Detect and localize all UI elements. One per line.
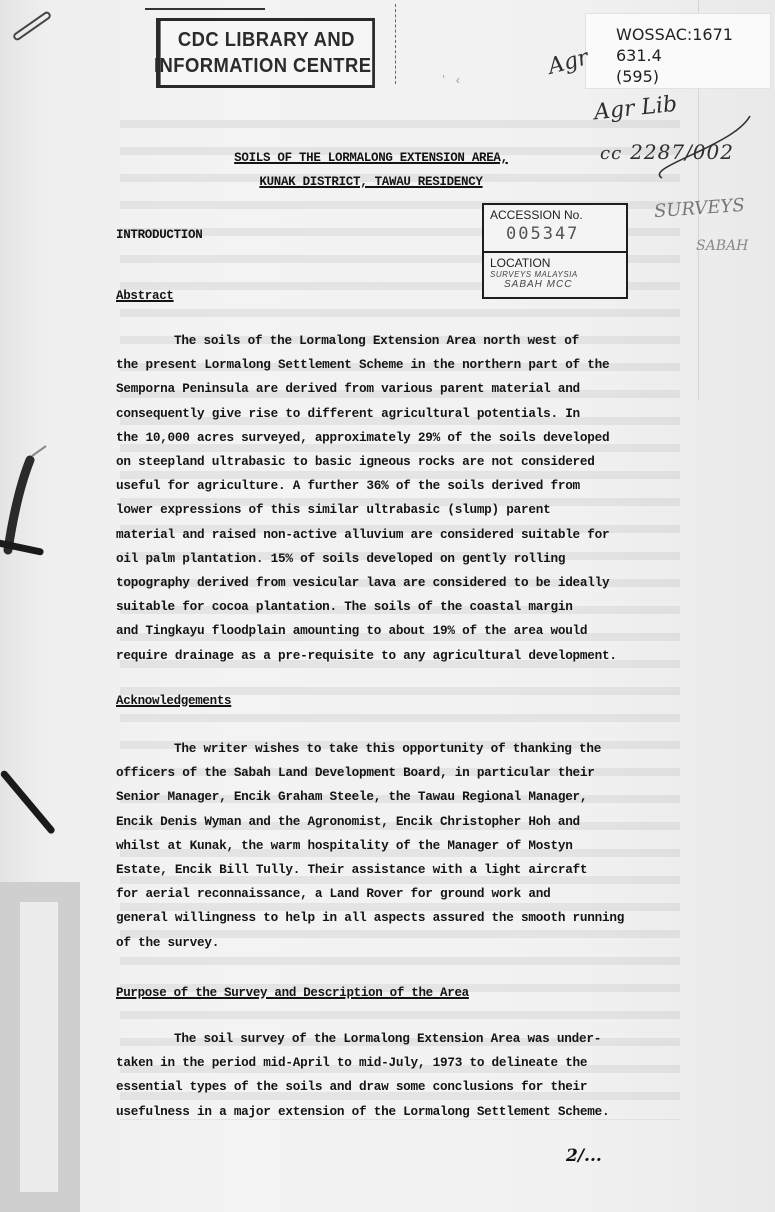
catalogue-class: 631.4: [616, 45, 770, 66]
section-heading-acknowledgements: Acknowledgements: [116, 694, 231, 708]
location-line-1: SURVEYS MALAYSIA: [490, 270, 620, 279]
text-line: The writer wishes to take this opportuni…: [116, 737, 636, 761]
text-line: for aerial reconnaissance, a Land Rover …: [116, 882, 636, 906]
stamp-line-1: CDC LIBRARY AND: [178, 27, 355, 53]
section-heading-abstract: Abstract: [116, 289, 174, 303]
text-line: lower expressions of this similar ultrab…: [116, 498, 636, 522]
cc-prefix: cc: [600, 143, 622, 164]
accession-number: 005347: [506, 224, 620, 244]
accession-stamp: ACCESSION No. 005347 LOCATION SURVEYS MA…: [482, 203, 628, 299]
scan-shadow-strip: [0, 882, 80, 1212]
accession-cell: ACCESSION No. 005347: [484, 205, 626, 251]
text-line: taken in the period mid-April to mid-Jul…: [116, 1051, 636, 1075]
text-line: whilst at Kunak, the warm hospitality of…: [116, 834, 636, 858]
section-heading-purpose: Purpose of the Survey and Description of…: [116, 986, 469, 1000]
text-line: topography derived from vesicular lava a…: [116, 571, 636, 595]
pen-sweep-stroke: [642, 112, 752, 182]
stamp-line-2: INFORMATION CENTRE: [154, 53, 371, 79]
text-line: consequently give rise to different agri…: [116, 402, 636, 426]
catalogue-id: WOSSAC:1671: [616, 24, 770, 45]
pencil-note-sabah: SABAH: [696, 238, 748, 254]
acknowledgements-paragraph: The writer wishes to take this opportuni…: [116, 737, 636, 955]
text-line: general willingness to help in all aspec…: [116, 906, 636, 930]
text-line: of the survey.: [116, 931, 636, 955]
text-line: on steepland ultrabasic to basic igneous…: [116, 450, 636, 474]
text-line: Senior Manager, Encik Graham Steele, the…: [116, 785, 636, 809]
text-line: usefulness in a major extension of the L…: [116, 1100, 636, 1124]
abstract-paragraph: The soils of the Lormalong Extension Are…: [116, 329, 636, 668]
section-heading-introduction: INTRODUCTION: [116, 228, 202, 242]
catalogue-label: WOSSAC:1671 631.4 (595): [586, 14, 770, 88]
staple-marks: ʼ ‹: [440, 74, 462, 88]
document-title: SOILS OF THE LORMALONG EXTENSION AREA, K…: [226, 146, 516, 194]
handwritten-initials: Agr: [545, 45, 591, 80]
stamp-edge-mark: [395, 4, 397, 84]
text-line: oil palm plantation. 15% of soils develo…: [116, 547, 636, 571]
text-line: material and raised non-active alluvium …: [116, 523, 636, 547]
text-line: The soils of the Lormalong Extension Are…: [116, 329, 636, 353]
paper-clip-icon: [12, 10, 53, 42]
text-line: the present Lormalong Settlement Scheme …: [116, 353, 636, 377]
library-stamp: CDC LIBRARY AND INFORMATION CENTRE: [156, 18, 375, 88]
text-line: essential types of the soils and draw so…: [116, 1075, 636, 1099]
text-line: useful for agriculture. A further 36% of…: [116, 474, 636, 498]
text-line: the 10,000 acres surveyed, approximately…: [116, 426, 636, 450]
title-line-1: SOILS OF THE LORMALONG EXTENSION AREA,: [234, 151, 508, 165]
catalogue-number: (595): [616, 66, 770, 87]
page-continuation-mark: 2/...: [566, 1146, 602, 1166]
stamp-border-mark: [145, 8, 265, 14]
text-line: Semporna Peninsula are derived from vari…: [116, 377, 636, 401]
binding-pin-icon: [0, 769, 56, 835]
title-line-2: KUNAK DISTRICT, TAWAU RESIDENCY: [259, 175, 482, 189]
location-line-2: SABAH MCC: [504, 279, 620, 290]
text-line: The soil survey of the Lormalong Extensi…: [116, 1027, 636, 1051]
text-line: and Tingkayu floodplain amounting to abo…: [116, 619, 636, 643]
text-line: officers of the Sabah Land Development B…: [116, 761, 636, 785]
text-line: Encik Denis Wyman and the Agronomist, En…: [116, 810, 636, 834]
accession-label: ACCESSION No.: [490, 208, 620, 222]
text-line: Estate, Encik Bill Tully. Their assistan…: [116, 858, 636, 882]
purpose-paragraph: The soil survey of the Lormalong Extensi…: [116, 1027, 636, 1124]
location-cell: LOCATION SURVEYS MALAYSIA SABAH MCC: [484, 251, 626, 297]
pencil-note-surveys: SURVEYS: [653, 195, 745, 222]
text-line: require drainage as a pre-requisite to a…: [116, 644, 636, 668]
scanned-page: CDC LIBRARY AND INFORMATION CENTRE ʼ ‹ W…: [0, 0, 775, 1212]
location-label: LOCATION: [490, 256, 620, 270]
text-line: suitable for cocoa plantation. The soils…: [116, 595, 636, 619]
